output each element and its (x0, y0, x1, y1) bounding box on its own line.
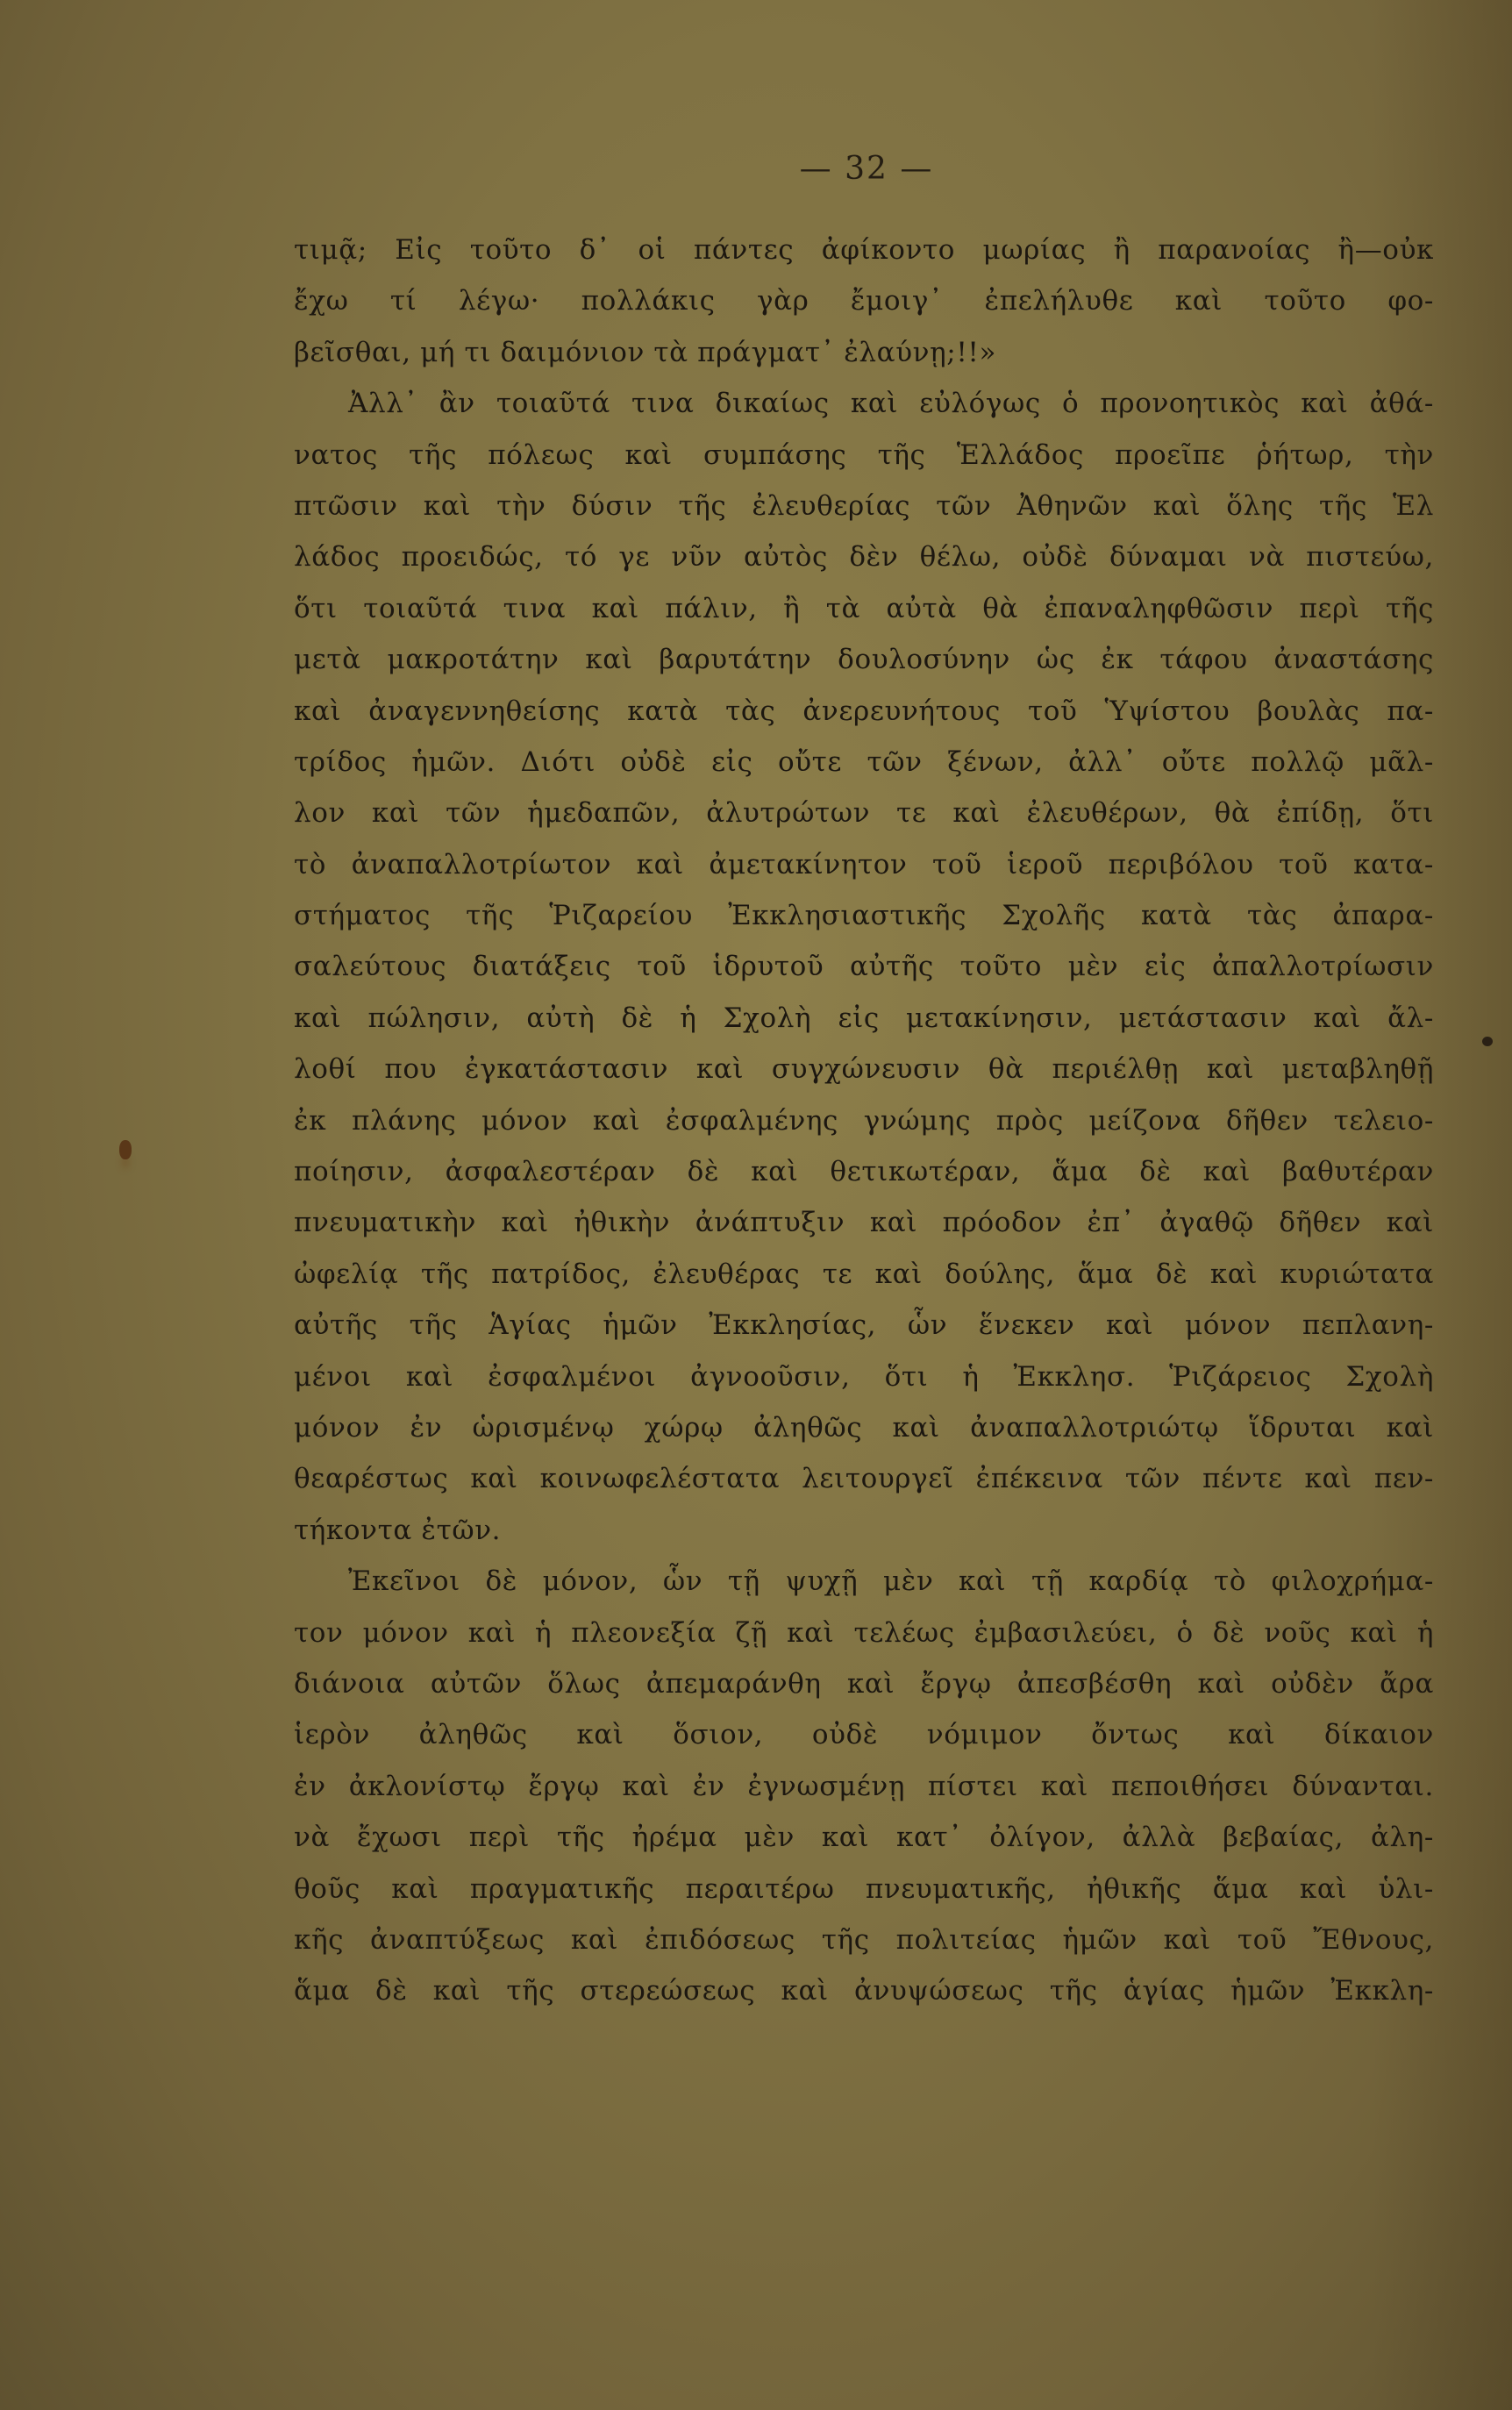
text-line: λοθί που ἐγκατάστασιν καὶ συγχώνευσιν θὰ… (294, 1044, 1434, 1094)
text-line: καὶ ἀναγεννηθείσης κατὰ τὰς ἀνερευνήτους… (294, 686, 1434, 737)
text-line: βεῖσθαι, μή τι δαιμόνιον τὰ πράγματ᾽ ἐλα… (294, 327, 1434, 378)
text-line: μένοι καὶ ἐσφαλμένοι ἀγνοοῦσιν, ὅτι ἡ Ἐκ… (294, 1351, 1434, 1402)
text-line: κῆς ἀναπτύξεως καὶ ἐπιδόσεως τῆς πολιτεί… (294, 1914, 1434, 1965)
text-line: ποίησιν, ἀσφαλεστέραν δὲ καὶ θετικωτέραν… (294, 1146, 1434, 1197)
scanned-page: — 32 — τιμᾷ; Εἰς τοῦτο δ᾽ οἱ πάντες ἀφίκ… (0, 0, 1512, 2410)
text-line: πνευματικὴν καὶ ἠθικὴν ἀνάπτυξιν καὶ πρό… (294, 1197, 1434, 1248)
text-line: ὠφελίᾳ τῆς πατρίδος, ἐλευθέρας τε καὶ δο… (294, 1249, 1434, 1300)
text-line: νατος τῆς πόλεως καὶ συμπάσης τῆς Ἑλλάδο… (294, 430, 1434, 481)
page-number: — 32 — (0, 151, 1512, 187)
text-line: ἔχω τί λέγω· πολλάκις γὰρ ἔμοιγ᾽ ἐπελήλυ… (294, 275, 1434, 326)
text-line: ἐκ πλάνης μόνον καὶ ἐσφαλμένης γνώμης πρ… (294, 1095, 1434, 1146)
ink-dot-mark (1482, 1037, 1493, 1046)
text-line: σαλεύτους διατάξεις τοῦ ἱδρυτοῦ αὐτῆς το… (294, 941, 1434, 992)
ink-stain-mark (119, 1140, 132, 1159)
text-line: Ἐκεῖνοι δὲ μόνον, ὧν τῇ ψυχῇ μὲν καὶ τῇ … (294, 1556, 1434, 1607)
text-line: διάνοια αὐτῶν ὅλως ἀπεμαράνθη καὶ ἔργῳ ἀ… (294, 1658, 1434, 1709)
text-line: τὸ ἀναπαλλοτρίωτον καὶ ἀμετακίνητον τοῦ … (294, 839, 1434, 890)
text-line: τον μόνον καὶ ἡ πλεονεξία ζῇ καὶ τελέως … (294, 1608, 1434, 1658)
text-line: πτῶσιν καὶ τὴν δύσιν τῆς ἐλευθερίας τῶν … (294, 481, 1434, 531)
text-line: λον καὶ τῶν ἡμεδαπῶν, ἀλυτρώτων τε καὶ ἐ… (294, 788, 1434, 838)
text-line: θοῦς καὶ πραγματικῆς περαιτέρω πνευματικ… (294, 1864, 1434, 1914)
text-line: καὶ πώλησιν, αὐτὴ δὲ ἡ Σχολὴ εἰς μετακίν… (294, 993, 1434, 1044)
text-line: θεαρέστως καὶ κοινωφελέστατα λειτουργεῖ … (294, 1453, 1434, 1504)
text-line: μετὰ μακροτάτην καὶ βαρυτάτην δουλοσύνην… (294, 634, 1434, 685)
text-line: τιμᾷ; Εἰς τοῦτο δ᾽ οἱ πάντες ἀφίκοντο μω… (294, 225, 1434, 275)
text-line: ἅμα δὲ καὶ τῆς στερεώσεως καὶ ἀνυψώσεως … (294, 1965, 1434, 2016)
text-line: ἐν ἀκλονίστῳ ἔργῳ καὶ ἐν ἐγνωσμένῃ πίστε… (294, 1761, 1434, 1812)
text-line: στήματος τῆς Ῥιζαρείου Ἐκκλησιαστικῆς Σχ… (294, 890, 1434, 941)
text-line: λάδος προειδώς, τό γε νῦν αὐτὸς δὲν θέλω… (294, 531, 1434, 582)
text-line: νὰ ἔχωσι περὶ τῆς ἠρέμα μὲν καὶ κατ᾽ ὀλί… (294, 1812, 1434, 1863)
text-line: ἱερὸν ἀληθῶς καὶ ὅσιον, οὐδὲ νόμιμον ὄντ… (294, 1709, 1434, 1760)
text-line: μόνον ἐν ὡρισμένῳ χώρῳ ἀληθῶς καὶ ἀναπαλ… (294, 1402, 1434, 1453)
text-line: τήκοντα ἐτῶν. (294, 1505, 1434, 1556)
text-line: Ἀλλ᾽ ἂν τοιαῦτά τινα δικαίως καὶ εὐλόγως… (294, 378, 1434, 429)
text-line: αὐτῆς τῆς Ἁγίας ἡμῶν Ἐκκλησίας, ὧν ἕνεκε… (294, 1300, 1434, 1351)
text-line: τρίδος ἡμῶν. Διότι οὐδὲ εἰς οὔτε τῶν ξέν… (294, 737, 1434, 788)
body-text: τιμᾷ; Εἰς τοῦτο δ᾽ οἱ πάντες ἀφίκοντο μω… (294, 225, 1434, 2017)
text-line: ὅτι τοιαῦτά τινα καὶ πάλιν, ἢ τὰ αὐτὰ θὰ… (294, 583, 1434, 634)
